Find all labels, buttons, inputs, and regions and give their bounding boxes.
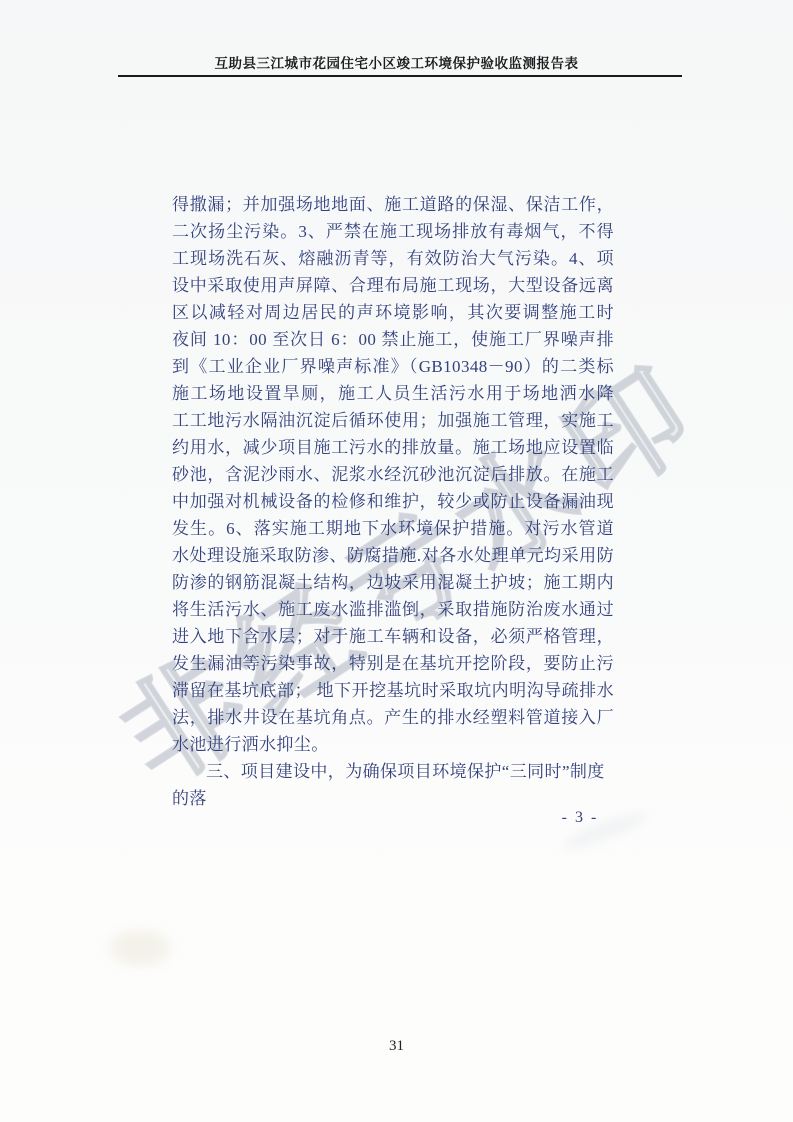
body-text-line: 约用水，减少项目施工污水的排放量。施工场地应设置临时沉 (172, 434, 614, 461)
closing-paragraph-line: 三、项目建设中，为确保项目环境保护“三同时”制度的落 (172, 758, 614, 812)
body-text-line: 区以减轻对周边居民的声环境影响，其次要调整施工时间，在 (172, 299, 614, 326)
scan-artifact-smudge (110, 930, 170, 966)
body-text-line: 发生。6、落实施工期地下水环境保护措施。对污水管道及污 (172, 515, 614, 542)
header-underline (118, 75, 682, 77)
body-text-line: 工工地污水隔油沉淀后循环使用；加强施工管理，实施工地节 (172, 407, 614, 434)
body-text-line: 二次扬尘污染。3、严禁在施工现场排放有毒烟气，不得在施 (172, 218, 614, 245)
sheet-number: 31 (0, 1038, 793, 1055)
body-text-line: 砂池，含泥沙雨水、泥浆水经沉砂池沉淀后排放。在施工过程 (172, 461, 614, 488)
body-text-block: 得撒漏；并加强场地地面、施工道路的保湿、保洁工作，减轻二次扬尘污染。3、严禁在施… (172, 191, 614, 758)
body-text-line: 进入地下含水层；对于施工车辆和设备，必须严格管理，防止 (172, 623, 614, 650)
body-text-line: 到《工业企业厂界噪声标准》（GB10348－90）的二类标准。5、 (172, 353, 614, 380)
body-text-line: 发生漏油等污染事故，特别是在基坑开挖阶段，要防止污染物 (172, 650, 614, 677)
body-text-line: 法，排水井设在基坑角点。产生的排水经塑料管道接入厂区的 (172, 704, 614, 731)
body-text-line: 得撒漏；并加强场地地面、施工道路的保湿、保洁工作，减轻 (172, 191, 614, 218)
body-text-line: 水处理设施采取防渗、防腐措施.对各水处理单元均采用防腐、 (172, 542, 614, 569)
body-text-line: 中加强对机械设备的检修和维护，较少或防止设备漏油现象的 (172, 488, 614, 515)
body-text-line: 施工场地设置旱厕，施工人员生活污水用于场地洒水降尘；施 (172, 380, 614, 407)
body-text-line: 将生活污水、施工废水滥排滥倒，采取措施防治废水通过入渗 (172, 596, 614, 623)
body-text-line: 工现场洗石灰、熔融沥青等，有效防治大气污染。4、项目建 (172, 245, 614, 272)
body-text-line: 夜间 10：00 至次日 6：00 禁止施工，使施工厂界噪声排放达 (172, 326, 614, 353)
page-number-label: - 3 - (540, 809, 620, 827)
body-text-line: 设中采取使用声屏障、合理布局施工现场，大型设备远离居民 (172, 272, 614, 299)
report-header-title: 互助县三江城市花园住宅小区竣工环境保护验收监测报告表 (0, 52, 793, 72)
body-text-line: 防渗的钢筋混凝土结构，边坡采用混凝土护坡；施工期内禁止 (172, 569, 614, 596)
body-text-line: 水池进行洒水抑尘。 (172, 731, 614, 758)
body-text-line: 滞留在基坑底部； 地下开挖基坑时采取坑内明沟导疏排水方 (172, 677, 614, 704)
